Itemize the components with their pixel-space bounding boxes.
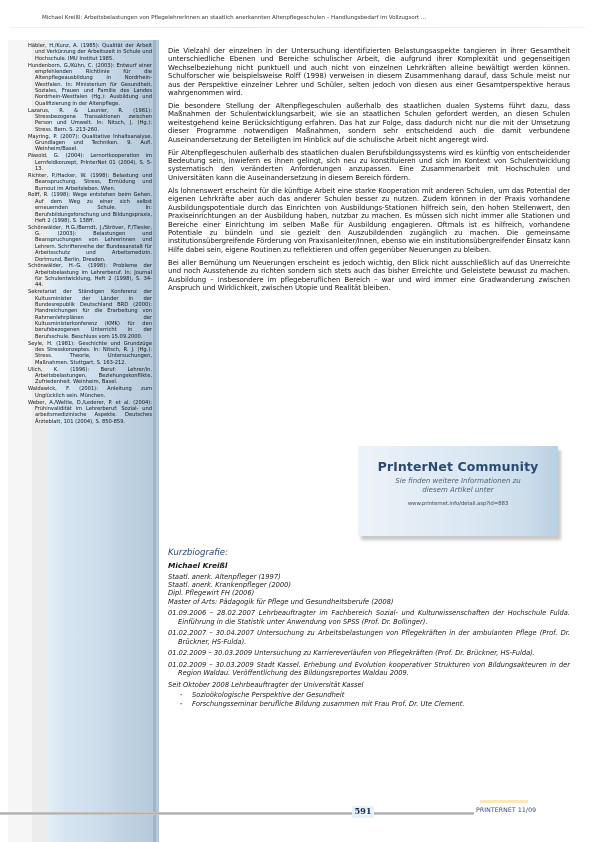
reference-item: Waldawick, F. (2001): Anleitung zum Ungl… — [28, 386, 152, 399]
header-rule — [10, 27, 585, 28]
reference-column-edge — [153, 40, 156, 842]
reference-item: Lazarus, R. & Launier, R. (1981): Stress… — [28, 108, 152, 133]
bio-entry: 01.02.2007 – 30.04.2007 Untersuchung zu … — [168, 629, 570, 645]
bio-entry: 01.09.2006 – 28.02.2007 Lehrbeauftragter… — [168, 609, 570, 625]
bio-qualification: Dipl. Pflegewirt FH (2006) — [168, 589, 570, 597]
bio-heading: Kurzbiografie: — [168, 548, 570, 558]
article-body: Die Vielzahl der einzelnen in der Unters… — [168, 47, 570, 297]
body-paragraph: Für Altenpflegeschulen außerhalb des sta… — [168, 149, 570, 183]
reference-item: Richter, P./Hacker, W. (1998): Belastung… — [28, 173, 152, 192]
promo-title: PrInterNet Community — [358, 459, 558, 474]
bio-entry: 01.02.2009 – 30.03.2009 Untersuchung zu … — [168, 649, 570, 657]
reference-item: Rolff, R. (1998): Wege entstehen beim Ge… — [28, 192, 152, 224]
bio-qualification: Staatl. anerk. Krankenpfleger (2000) — [168, 581, 570, 589]
bio-teaching-item: Sozioökologische Perspektive der Gesundh… — [180, 691, 570, 699]
community-promo-box: PrInterNet Community Sie finden weitere … — [358, 446, 558, 536]
reference-item: Schönwälder, H.-G. (1998): Probleme der … — [28, 263, 152, 288]
reference-item: Ulich, K. (1996): Beruf: Lehrer/in. Arbe… — [28, 367, 152, 386]
bio-teaching-intro: Seit Oktober 2008 Lehrbeauftragter der U… — [168, 681, 570, 689]
author-name: Michael Kreißl — [168, 561, 570, 570]
body-paragraph: Die Vielzahl der einzelnen in der Unters… — [168, 47, 570, 97]
promo-subtitle: Sie finden weitere Informationen zu dies… — [358, 477, 558, 495]
reference-item: Hundenborn, G./Kühn, C. (2003): Entwurf … — [28, 63, 152, 107]
bio-qualification: Staatl. anerk. Altenpfleger (1997) — [168, 573, 570, 581]
short-biography: Kurzbiografie: Michael Kreißl Staatl. an… — [168, 548, 570, 708]
reference-item: Sekretariat der Ständigen Konferenz der … — [28, 289, 152, 340]
reference-list: Häbler, H./Kunz, A. (1985): Qualität der… — [28, 43, 152, 426]
running-header: Michael Kreißl: Arbeitsbelastungen von P… — [42, 15, 565, 21]
promo-url-link[interactable]: www.printernet.info/detail.asp?id=883 — [358, 501, 558, 507]
footer-accent-bar — [480, 800, 528, 803]
footer-rule-right — [374, 812, 474, 815]
reference-item: Seyle, H. (1981): Geschichte und Grundzü… — [28, 341, 152, 366]
promo-subtitle-line: diesem Artikel unter — [358, 486, 558, 495]
reference-item: Mayring, P. (2007): Qualitative Inhaltsa… — [28, 134, 152, 153]
bio-teaching-list: Sozioökologische Perspektive der Gesundh… — [180, 691, 570, 708]
body-paragraph: Bei aller Bemühung um Neuerungen erschei… — [168, 259, 570, 293]
reference-item: Päwold, G. (2004): Lernortkooperation im… — [28, 153, 152, 172]
page-number: 591 — [352, 806, 374, 818]
bio-qualification: Master of Arts: Pädagogik für Pflege und… — [168, 598, 570, 606]
body-paragraph: Die besondere Stellung der Altenpflegesc… — [168, 102, 570, 144]
promo-subtitle-line: Sie finden weitere Informationen zu — [358, 477, 558, 486]
reference-item: Schönwälder, H.G./Berndt, J./Ströver, F.… — [28, 225, 152, 263]
reference-item: Häbler, H./Kunz, A. (1985): Qualität der… — [28, 43, 152, 62]
footer-rule-left — [0, 812, 352, 815]
reference-item: Weber, A./Weltle, D./Lederer, P. et al. … — [28, 400, 152, 425]
body-paragraph: Als lohnenswert erscheint für die künfti… — [168, 187, 570, 254]
bio-entry: 01.02.2009 – 30.03.2009 Stadt Kassel. Er… — [168, 661, 570, 677]
magazine-issue: PRINTERNET 11/09 — [476, 807, 536, 814]
bio-teaching-item: Forschungsseminar berufliche Bildung zus… — [180, 700, 570, 708]
